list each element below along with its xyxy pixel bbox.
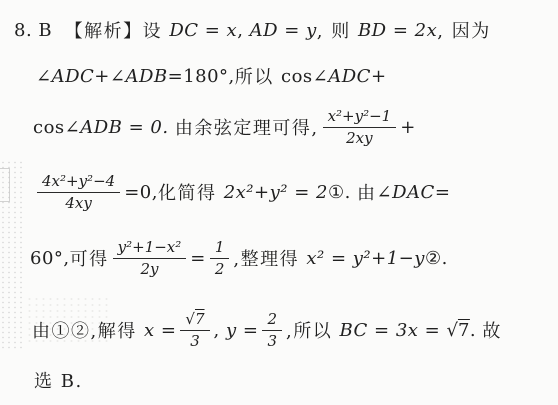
math-run: BC = 3x = [339,320,446,341]
circled-one: ①. [328,182,357,203]
fraction-numerator: x²+y²−1 [323,107,397,128]
radicand: 7 [458,320,470,341]
text-run: 由 [357,179,377,205]
punct: =180°, [168,66,235,87]
math-run: x² = y²+1−y [306,248,425,269]
punct: + [400,117,416,138]
fraction-numerator: 1 [210,238,230,259]
equals-sign: = [190,248,206,269]
fraction: 1 2 [210,238,230,279]
math-run: AD = y [250,20,317,41]
punct: . [470,320,482,341]
radicand: 7 [195,310,205,328]
solution-line-3: cos ∠ADB = 0. 由余弦定理可得, x²+y²−1 2xy + [33,99,416,155]
math-run: 2x²+y² = 2 [224,182,328,203]
solution-line-6: 由①②,解得 x = √7 3 , y = 2 3 ,所以 BC = 3x = … [32,302,502,358]
solution-line-4: 4x²+y²−4 4xy =0, 化简得 2x²+y² = 2 ①. 由 ∠DA… [33,164,450,220]
cos-function: cos [281,66,313,87]
text-run: ,所以 [286,317,339,343]
math-run: BD = 2x [358,20,437,41]
fraction-denominator: 3 [190,331,200,351]
fraction: √7 3 [180,310,209,351]
fraction: 4x²+y²−4 4xy [37,172,120,213]
math-run: x = [144,320,176,341]
punct: =0, [124,182,158,203]
solution-line-2: ∠ADC+∠ADB =180°, 所以 cos ∠ADC + [36,48,387,104]
radical-sign: √ [446,320,457,341]
text-run: 故 [482,317,502,343]
text-run: ,整理得 [233,245,306,271]
math-run: ∠ADC+∠ADB [36,66,168,87]
scan-artifact [0,168,10,202]
text-run: , 则 [317,17,358,43]
text-run: , 因为 [437,17,490,43]
fraction-denominator: 2xy [346,128,372,148]
punct: , [237,20,249,41]
analysis-tag: 【解析】 [65,17,143,43]
solution-line-7: 选 B. [34,352,83,405]
fraction-denominator: 2y [140,259,158,279]
math-run: ∠DAC= [377,182,451,203]
circled-two: ②. [425,248,448,269]
math-run: DC = x [169,20,237,41]
fraction: y²+1−x² 2y [113,238,187,279]
conclusion-text: 选 B. [34,367,83,393]
punct: , [214,320,226,341]
fraction-numerator: 2 [262,310,282,331]
scanned-solution-page: 8. B 【解析】 设 DC = x , AD = y , 则 BD = 2x … [0,0,558,405]
angle-value: 60°, [30,248,70,269]
answer-number: 8. B [14,20,65,41]
fraction-numerator: 4x²+y²−4 [37,172,120,193]
fraction: 2 3 [262,310,282,351]
text-run: 由①②,解得 [32,317,144,343]
fraction: x²+y²−1 2xy [323,107,397,148]
math-run: ∠ADC [313,66,371,87]
text-run: 所以 [235,63,281,89]
math-run: y = [226,320,258,341]
text-run: 设 [143,17,170,43]
fraction-numerator: √7 [180,310,209,331]
text-run: 由余弦定理可得, [175,114,319,140]
text-run: 化简得 [158,179,224,205]
fraction-denominator: 2 [215,259,225,279]
punct: + [371,66,387,87]
text-run: 可得 [70,245,109,271]
fraction-numerator: y²+1−x² [113,238,187,259]
fraction-denominator: 3 [267,331,277,351]
radical-sign: √ [185,310,195,328]
fraction-denominator: 4xy [65,193,91,213]
solution-line-5: 60°, 可得 y²+1−x² 2y = 1 2 ,整理得 x² = y²+1−… [30,230,448,286]
math-run: ∠ADB = 0. [65,117,175,138]
cos-function: cos [33,117,65,138]
